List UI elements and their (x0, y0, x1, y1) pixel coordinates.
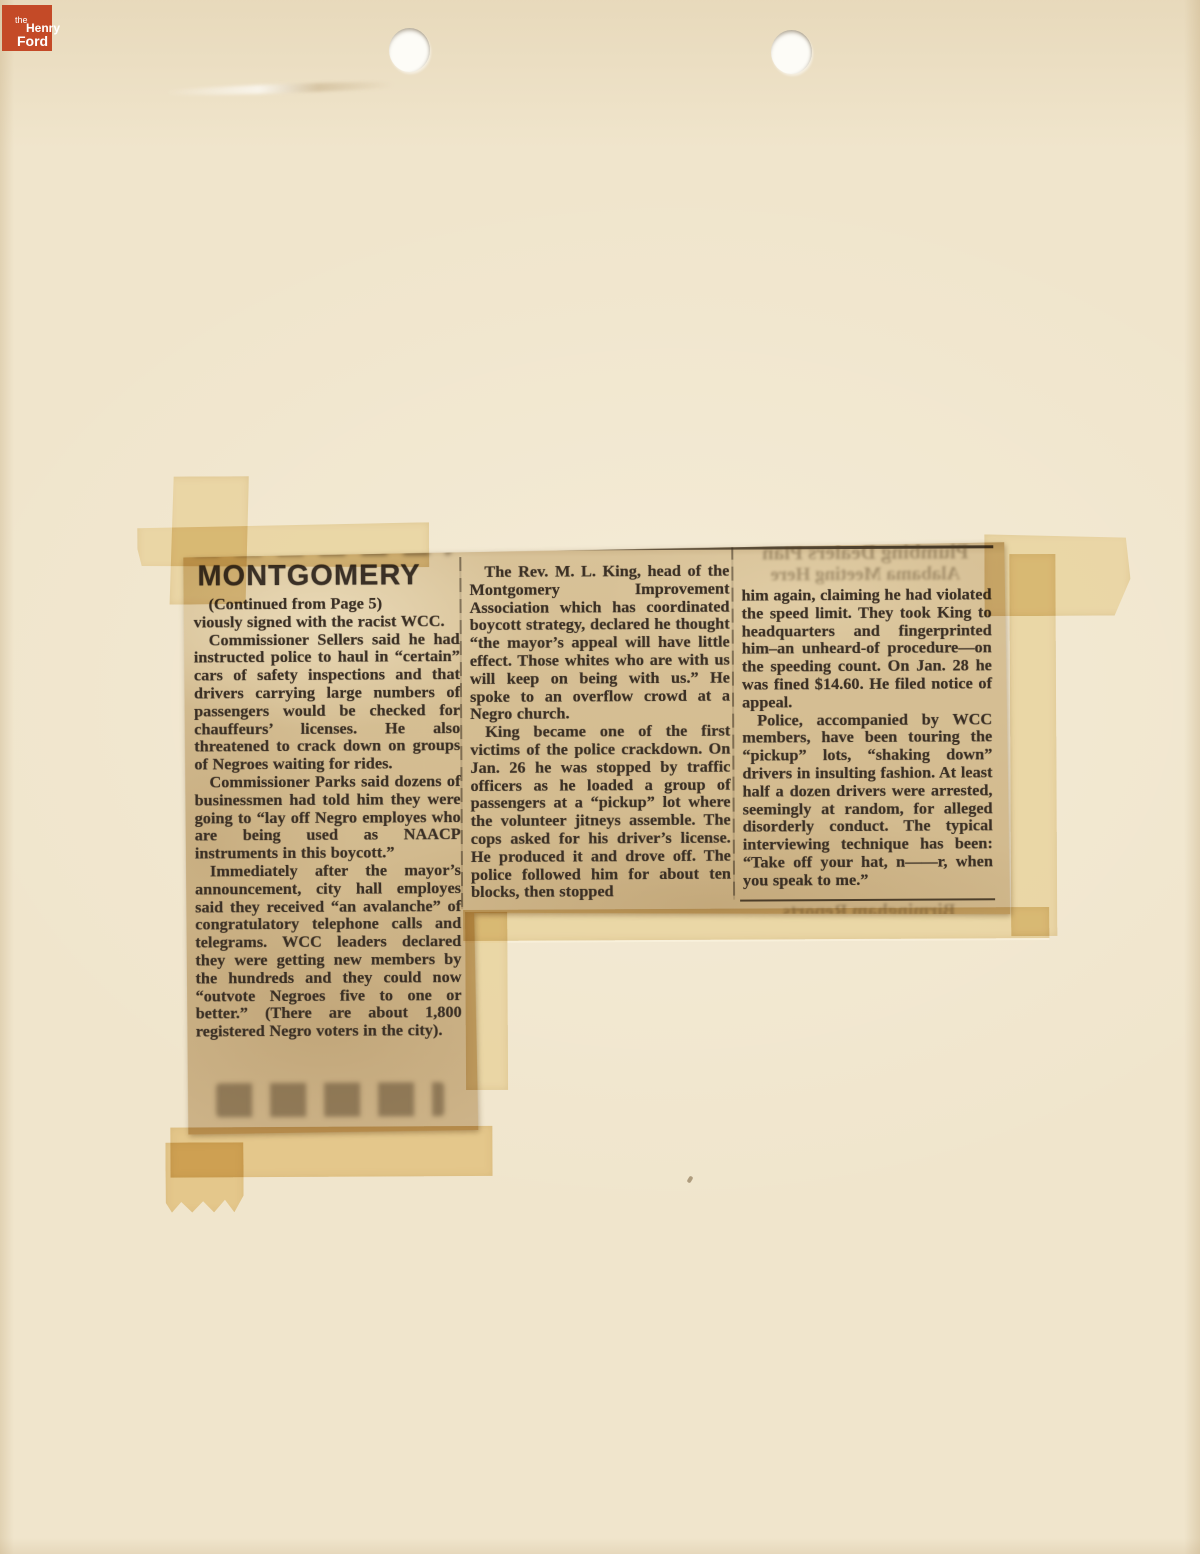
paper-crease (152, 79, 420, 97)
clipping-paragraph: Commissioner Sellers said he had instruc… (194, 630, 461, 774)
clipping-paragraph: Commissioner Parks said dozens of busine… (194, 772, 460, 862)
column-rule-2 (731, 546, 735, 900)
smudged-ghost-bottom-left (216, 1082, 444, 1117)
henry-ford-logo: the Henry Ford (2, 5, 52, 51)
punch-hole-right (771, 30, 812, 74)
tape-right-vertical (1009, 554, 1057, 936)
bleed-through-headline-2: Alabama Meeting Here (737, 563, 993, 586)
taped-newspaper-clipping: Plumbing Dealers Plan Alabama Meeting He… (181, 537, 1145, 1222)
punch-hole-left (389, 28, 430, 72)
clipping-column-3: him again, claiming he had violated the … (741, 585, 993, 889)
clipping-paragraph: Immediately after the mayor’s announceme… (195, 861, 462, 1040)
clipping-paragraph: King became one of the first victims of … (470, 722, 731, 901)
logo-word-ford: Ford (17, 34, 48, 48)
clipping-paragraph: him again, claiming he had violated the … (741, 585, 992, 711)
clipping-paragraph: The Rev. M. L. King, head of the Montgom… (469, 562, 730, 724)
tape-bottom-left-torn-end (165, 1142, 243, 1212)
tape-inner-vertical (465, 912, 508, 1090)
clipping-shadow: Plumbing Dealers Plan Alabama Meeting He… (181, 538, 1014, 1140)
clipping-paragraph: Police, accompanied by WCC members, have… (742, 710, 993, 889)
tape-top-left-horizontal (137, 522, 429, 569)
tape-bottom-horizontal (463, 907, 1049, 941)
clipping-column-1: MONTGOMERY (Continued from Page 5) vious… (193, 559, 462, 1040)
scrapbook-page: the Henry Ford Plumbing Dealers Plan Ala… (0, 0, 1200, 1554)
clipping-column-2: The Rev. M. L. King, head of the Montgom… (469, 562, 731, 901)
tape-top-right-horizontal (984, 534, 1130, 617)
clipping-paragraph: viously signed with the racist WCC. (194, 612, 460, 631)
newspaper-clipping: Plumbing Dealers Plan Alabama Meeting He… (181, 538, 1014, 1140)
bleed-through-headline-1: Plumbing Dealers Plan (737, 539, 993, 565)
